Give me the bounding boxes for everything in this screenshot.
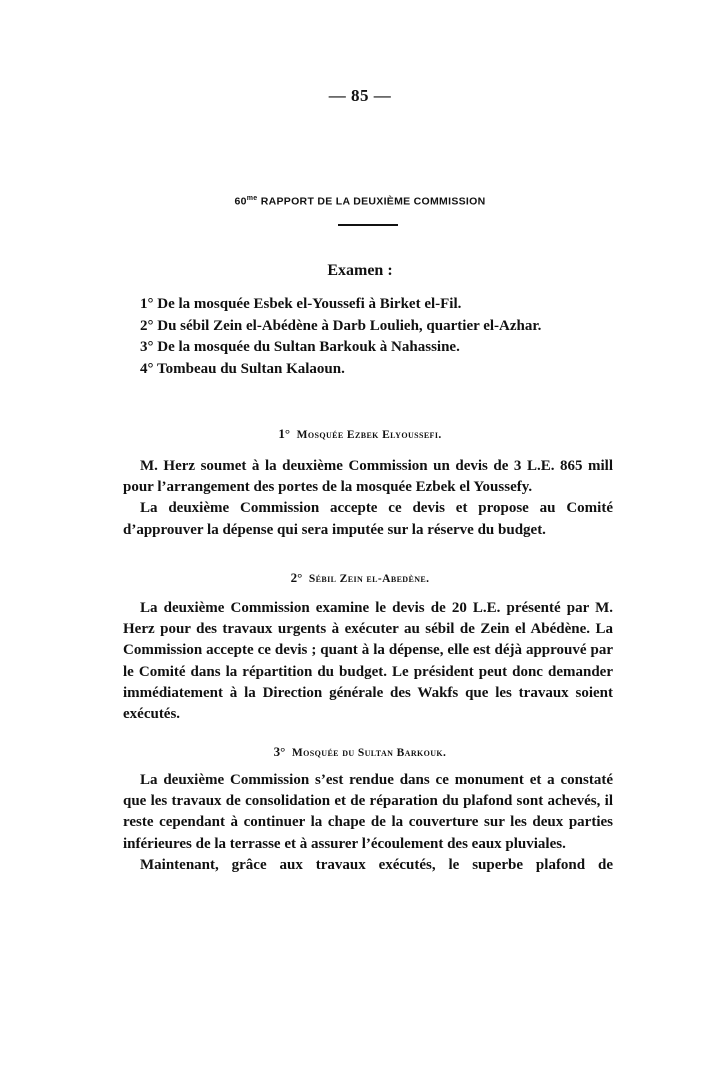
page-number: — 85 — <box>0 86 720 106</box>
document-page: — 85 — 60me RAPPORT DE LA DEUXIÈME COMMI… <box>0 0 720 1082</box>
section-heading-2: 2° Sébil Zein el-Abedène. <box>0 570 720 586</box>
paragraph: La deuxième Commission accepte ce devis … <box>123 498 613 540</box>
section-number: 1° <box>278 426 290 441</box>
section-number: 2° <box>291 570 303 585</box>
section-heading-1: 1° Mosquée Ezbek Elyoussefi. <box>0 426 720 442</box>
paragraph: La deuxième Commission s’est rendue dans… <box>123 770 613 855</box>
section-title: Mosquée Ezbek Elyoussefi. <box>297 429 442 441</box>
report-title-ordinal: me <box>247 195 258 202</box>
title-divider <box>338 224 398 226</box>
section-body-3: La deuxième Commission s’est rendue dans… <box>123 770 613 876</box>
agenda-item: 2° Du sébil Zein el-Abédène à Darb Louli… <box>140 316 620 338</box>
agenda-item: 4° Tombeau du Sultan Kalaoun. <box>140 359 620 381</box>
agenda-item: 1° De la mosquée Esbek el-Youssefi à Bir… <box>140 294 620 316</box>
section-heading-3: 3° Mosquée du Sultan Barkouk. <box>0 744 720 760</box>
report-title-number: 60 <box>235 196 247 208</box>
agenda-item: 3° De la mosquée du Sultan Barkouk à Nah… <box>140 337 620 359</box>
report-title: 60me RAPPORT DE LA DEUXIÈME COMMISSION <box>0 195 720 208</box>
paragraph: La deuxième Commission examine le devis … <box>123 598 613 725</box>
agenda-list: 1° De la mosquée Esbek el-Youssefi à Bir… <box>140 294 620 380</box>
section-title: Sébil Zein el-Abedène. <box>309 573 430 585</box>
section-title: Mosquée du Sultan Barkouk. <box>292 747 446 759</box>
section-number: 3° <box>274 744 286 759</box>
section-body-2: La deuxième Commission examine le devis … <box>123 598 613 725</box>
report-title-text: RAPPORT DE LA DEUXIÈME COMMISSION <box>258 196 486 208</box>
section-body-1: M. Herz soumet à la deuxième Commission … <box>123 456 613 541</box>
paragraph: Maintenant, grâce aux travaux exécutés, … <box>123 855 613 876</box>
paragraph: M. Herz soumet à la deuxième Commission … <box>123 456 613 498</box>
examen-heading: Examen : <box>0 262 720 280</box>
